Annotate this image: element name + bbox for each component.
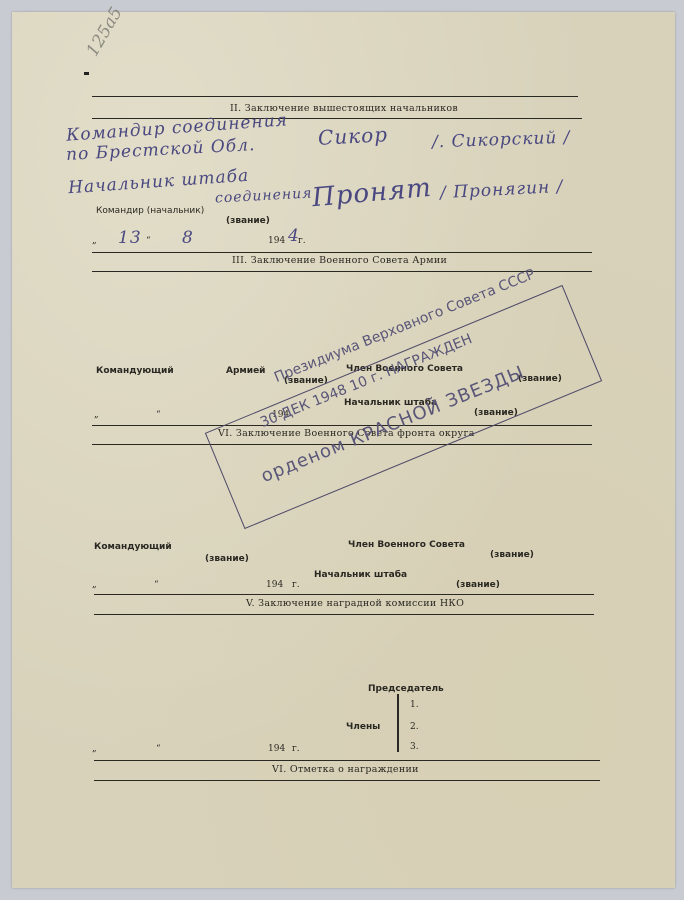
date-open-quote: „ bbox=[92, 744, 97, 754]
rank-label: (звание) bbox=[490, 550, 534, 560]
year: 194 bbox=[266, 580, 283, 590]
year: 194 bbox=[272, 410, 289, 420]
date-open-quote: „ bbox=[94, 410, 99, 420]
year-letter: г. bbox=[298, 236, 306, 246]
rank-label: (звание) bbox=[284, 376, 328, 386]
divider bbox=[92, 425, 592, 426]
divider bbox=[94, 594, 594, 595]
rank-label: (звание) bbox=[518, 374, 562, 384]
members-bracket bbox=[397, 694, 399, 752]
section-4-heading: VI. Заключение Военного Совета фронта ок… bbox=[218, 428, 475, 439]
date-month: 8 bbox=[182, 228, 194, 248]
commander-label: Командующий bbox=[96, 366, 174, 376]
divider bbox=[92, 444, 592, 445]
members-label: Члены bbox=[346, 722, 380, 732]
divider bbox=[94, 780, 600, 781]
signature-1: Сикор bbox=[317, 122, 388, 150]
rank-label: (звание) bbox=[474, 408, 518, 418]
date-close-quote: “ bbox=[146, 236, 151, 246]
date-close-quote: “ bbox=[154, 580, 159, 590]
year-letter: г. bbox=[292, 744, 300, 754]
divider bbox=[94, 614, 594, 615]
date-close-quote: “ bbox=[156, 744, 161, 754]
date-open-quote: „ bbox=[92, 580, 97, 590]
divider bbox=[92, 271, 592, 272]
council-member-label: Член Военного Совета bbox=[348, 540, 465, 550]
chief-of-staff-label: Начальник штаба bbox=[314, 570, 407, 580]
commander-label: Командующий bbox=[94, 542, 172, 552]
year-letter: г. bbox=[292, 580, 300, 590]
divider bbox=[92, 252, 592, 253]
commander-label: Командир (начальник) bbox=[96, 206, 204, 216]
date-close-quote: “ bbox=[156, 410, 161, 420]
divider bbox=[94, 760, 600, 761]
divider bbox=[92, 96, 578, 97]
member-number-1: 1. bbox=[410, 700, 419, 710]
member-number-2: 2. bbox=[410, 722, 419, 732]
army-label: Армией bbox=[226, 366, 265, 376]
year: 194 bbox=[268, 744, 285, 754]
section-5-heading: V. Заключение наградной комиссии НКО bbox=[246, 598, 464, 609]
council-member-label: Член Военного Совета bbox=[346, 364, 463, 374]
year-prefix: 194 bbox=[268, 236, 285, 246]
ink-dot bbox=[84, 72, 89, 75]
member-number-3: 3. bbox=[410, 742, 419, 752]
date-open-quote: „ bbox=[92, 236, 97, 246]
rank-label: (звание) bbox=[456, 580, 500, 590]
chairman-label: Председатель bbox=[368, 684, 444, 694]
chief-of-staff-label: Начальник штаба bbox=[344, 398, 437, 408]
date-day: 13 bbox=[118, 228, 142, 248]
section-6-heading: VI. Отметка о награждении bbox=[272, 764, 419, 775]
rank-label: (звание) bbox=[226, 216, 270, 226]
rank-label: (звание) bbox=[205, 554, 249, 564]
section-3-heading: III. Заключение Военного Совета Армии bbox=[232, 255, 447, 266]
